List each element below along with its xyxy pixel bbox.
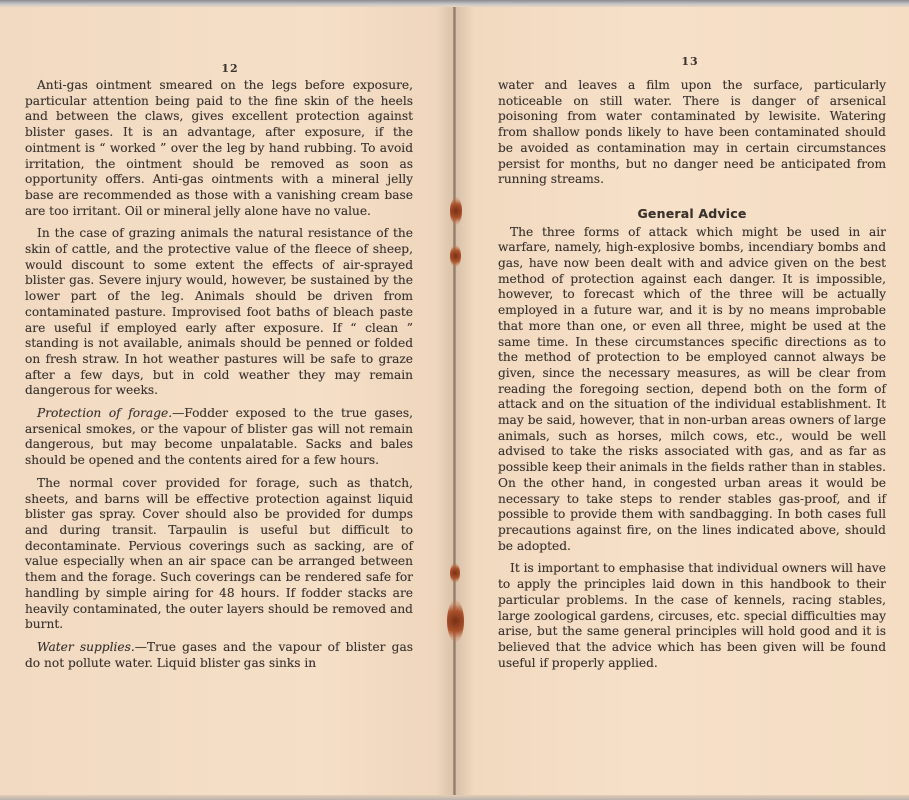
paragraph-text: Anti-gas ointment smeared on the legs be…	[25, 78, 413, 218]
paragraph-three-forms-of-attack: The three forms of attack which might be…	[498, 225, 886, 555]
paragraph-text: In the case of grazing animals the natur…	[25, 226, 413, 397]
paragraph-forage-cover: The normal cover provided for forage, su…	[25, 476, 413, 633]
page-number-right: 13	[670, 55, 710, 68]
section-run-in-heading: Water supplies.	[37, 640, 135, 654]
paragraph-anti-gas-ointment: Anti-gas ointment smeared on the legs be…	[25, 78, 413, 219]
rust-stain-lower-2	[447, 600, 464, 642]
rust-stain-upper-1	[450, 197, 462, 225]
left-page-text: Anti-gas ointment smeared on the legs be…	[25, 78, 413, 671]
paragraph-water-supplies: Water supplies.—True gases and the vapou…	[25, 640, 413, 671]
scan-bottom-edge	[0, 795, 909, 800]
paragraph-text: The normal cover provided for forage, su…	[25, 476, 413, 631]
rust-stain-lower-1	[450, 563, 460, 583]
paragraph-individual-owners: It is important to emphasise that indivi…	[498, 561, 886, 671]
page-number-left: 12	[210, 62, 250, 75]
rust-stain-upper-2	[450, 245, 461, 267]
section-run-in-heading: Protection of forage.	[37, 406, 172, 420]
section-heading-general-advice: General Advice	[498, 206, 886, 222]
paragraph-water-continuation: water and leaves a film upon the surface…	[498, 78, 886, 188]
paragraph-grazing-animals: In the case of grazing animals the natur…	[25, 226, 413, 399]
right-page-text: water and leaves a film upon the surface…	[498, 78, 886, 678]
book-gutter	[453, 7, 456, 795]
paragraph-protection-of-forage: Protection of forage.—Fodder exposed to …	[25, 406, 413, 469]
scan-top-edge	[0, 0, 909, 7]
